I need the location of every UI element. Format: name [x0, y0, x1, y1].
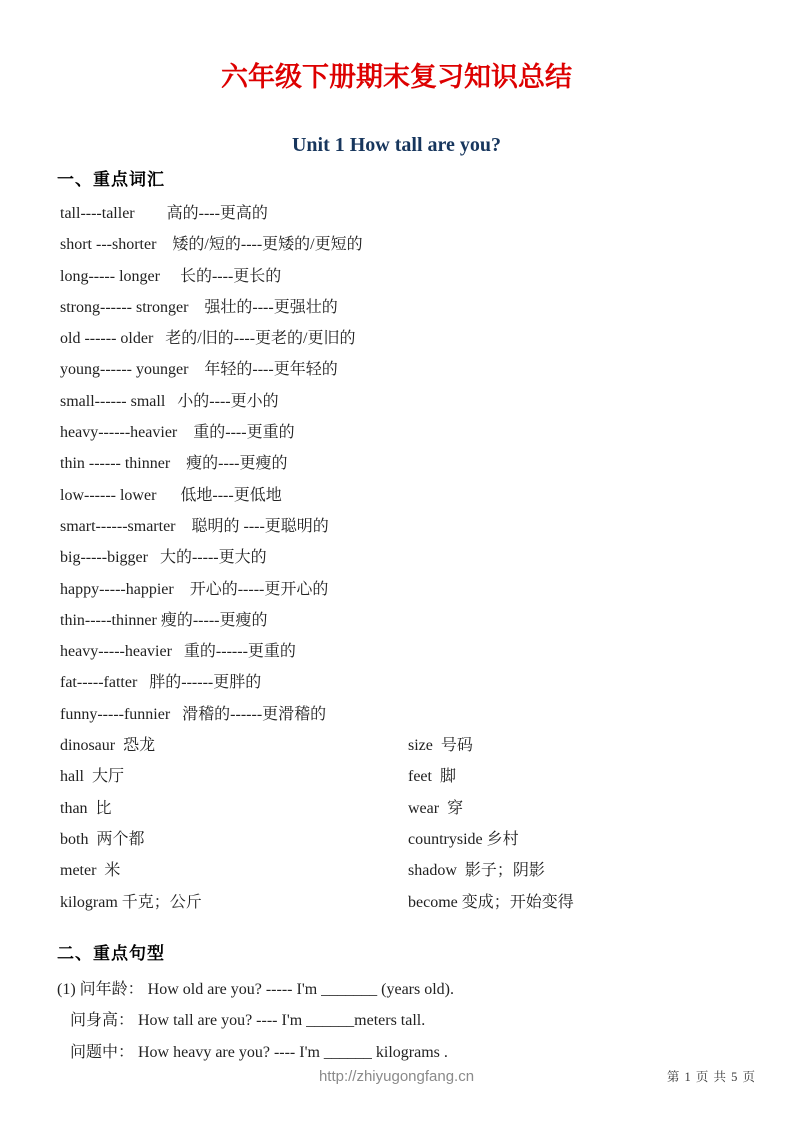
vocab-line: big-----bigger 大的-----更大的 [0, 542, 793, 573]
vocab-line: strong------ stronger 强壮的----更强壮的 [0, 292, 793, 323]
vocab-list: tall----taller 高的----更高的 short ---shorte… [0, 198, 793, 730]
vocab-right-item: become 变成；开始变得 [408, 887, 793, 918]
vocab-line: fat-----fatter 胖的------更胖的 [0, 667, 793, 698]
vocab-line: long----- longer 长的----更长的 [0, 261, 793, 292]
unit-heading: Unit 1 How tall are you? [0, 133, 793, 157]
sentence-line: 问身高： How tall are you? ---- I'm ______me… [0, 1005, 793, 1037]
vocab-line: tall----taller 高的----更高的 [0, 198, 793, 229]
vocab-line: happy-----happier 开心的-----更开心的 [0, 574, 793, 605]
document-title: 六年级下册期末复习知识总结 [0, 0, 793, 96]
vocab-section-heading: 一、重点词汇 [0, 170, 793, 190]
vocab-left-item: hall 大厅 [60, 761, 408, 792]
sentence-section-heading: 二、重点句型 [0, 944, 793, 964]
vocab-left-item: dinosaur 恐龙 [60, 730, 408, 761]
vocab-line: low------ lower 低地----更低地 [0, 480, 793, 511]
vocab-right-item: wear 穿 [408, 793, 793, 824]
vocab-left-item: kilogram 千克；公斤 [60, 887, 408, 918]
vocab-two-column-list: dinosaur 恐龙 size 号码 hall 大厅 feet 脚 than … [0, 730, 793, 918]
vocab-right-item: countryside 乡村 [408, 824, 793, 855]
vocab-right-item: shadow 影子；阴影 [408, 855, 793, 886]
vocab-line: heavy------heavier 重的----更重的 [0, 417, 793, 448]
vocab-line: thin ------ thinner 瘦的----更瘦的 [0, 448, 793, 479]
vocab-right-item: feet 脚 [408, 761, 793, 792]
document-page: 六年级下册期末复习知识总结 Unit 1 How tall are you? 一… [0, 0, 793, 1122]
sentence-line: (1) 问年龄： How old are you? ----- I'm ____… [0, 974, 793, 1006]
vocab-left-item: than 比 [60, 793, 408, 824]
vocab-line: funny-----funnier 滑稽的------更滑稽的 [0, 699, 793, 730]
vocab-line: old ------ older 老的/旧的----更老的/更旧的 [0, 323, 793, 354]
vocab-line: heavy-----heavier 重的------更重的 [0, 636, 793, 667]
vocab-line: thin-----thinner 瘦的-----更瘦的 [0, 605, 793, 636]
vocab-line: young------ younger 年轻的----更年轻的 [0, 354, 793, 385]
vocab-line: small------ small 小的----更小的 [0, 386, 793, 417]
page-footer: http://zhiyugongfang.cn 第 1 页 共 5 页 [0, 1064, 793, 1090]
vocab-right-item: size 号码 [408, 730, 793, 761]
vocab-left-item: both 两个都 [60, 824, 408, 855]
vocab-line: short ---shorter 矮的/短的----更矮的/更短的 [0, 229, 793, 260]
vocab-left-item: meter 米 [60, 855, 408, 886]
page-indicator: 第 1 页 共 5 页 [667, 1068, 756, 1086]
vocab-line: smart------smarter 聪明的 ----更聪明的 [0, 511, 793, 542]
sentence-list: (1) 问年龄： How old are you? ----- I'm ____… [0, 974, 793, 1069]
